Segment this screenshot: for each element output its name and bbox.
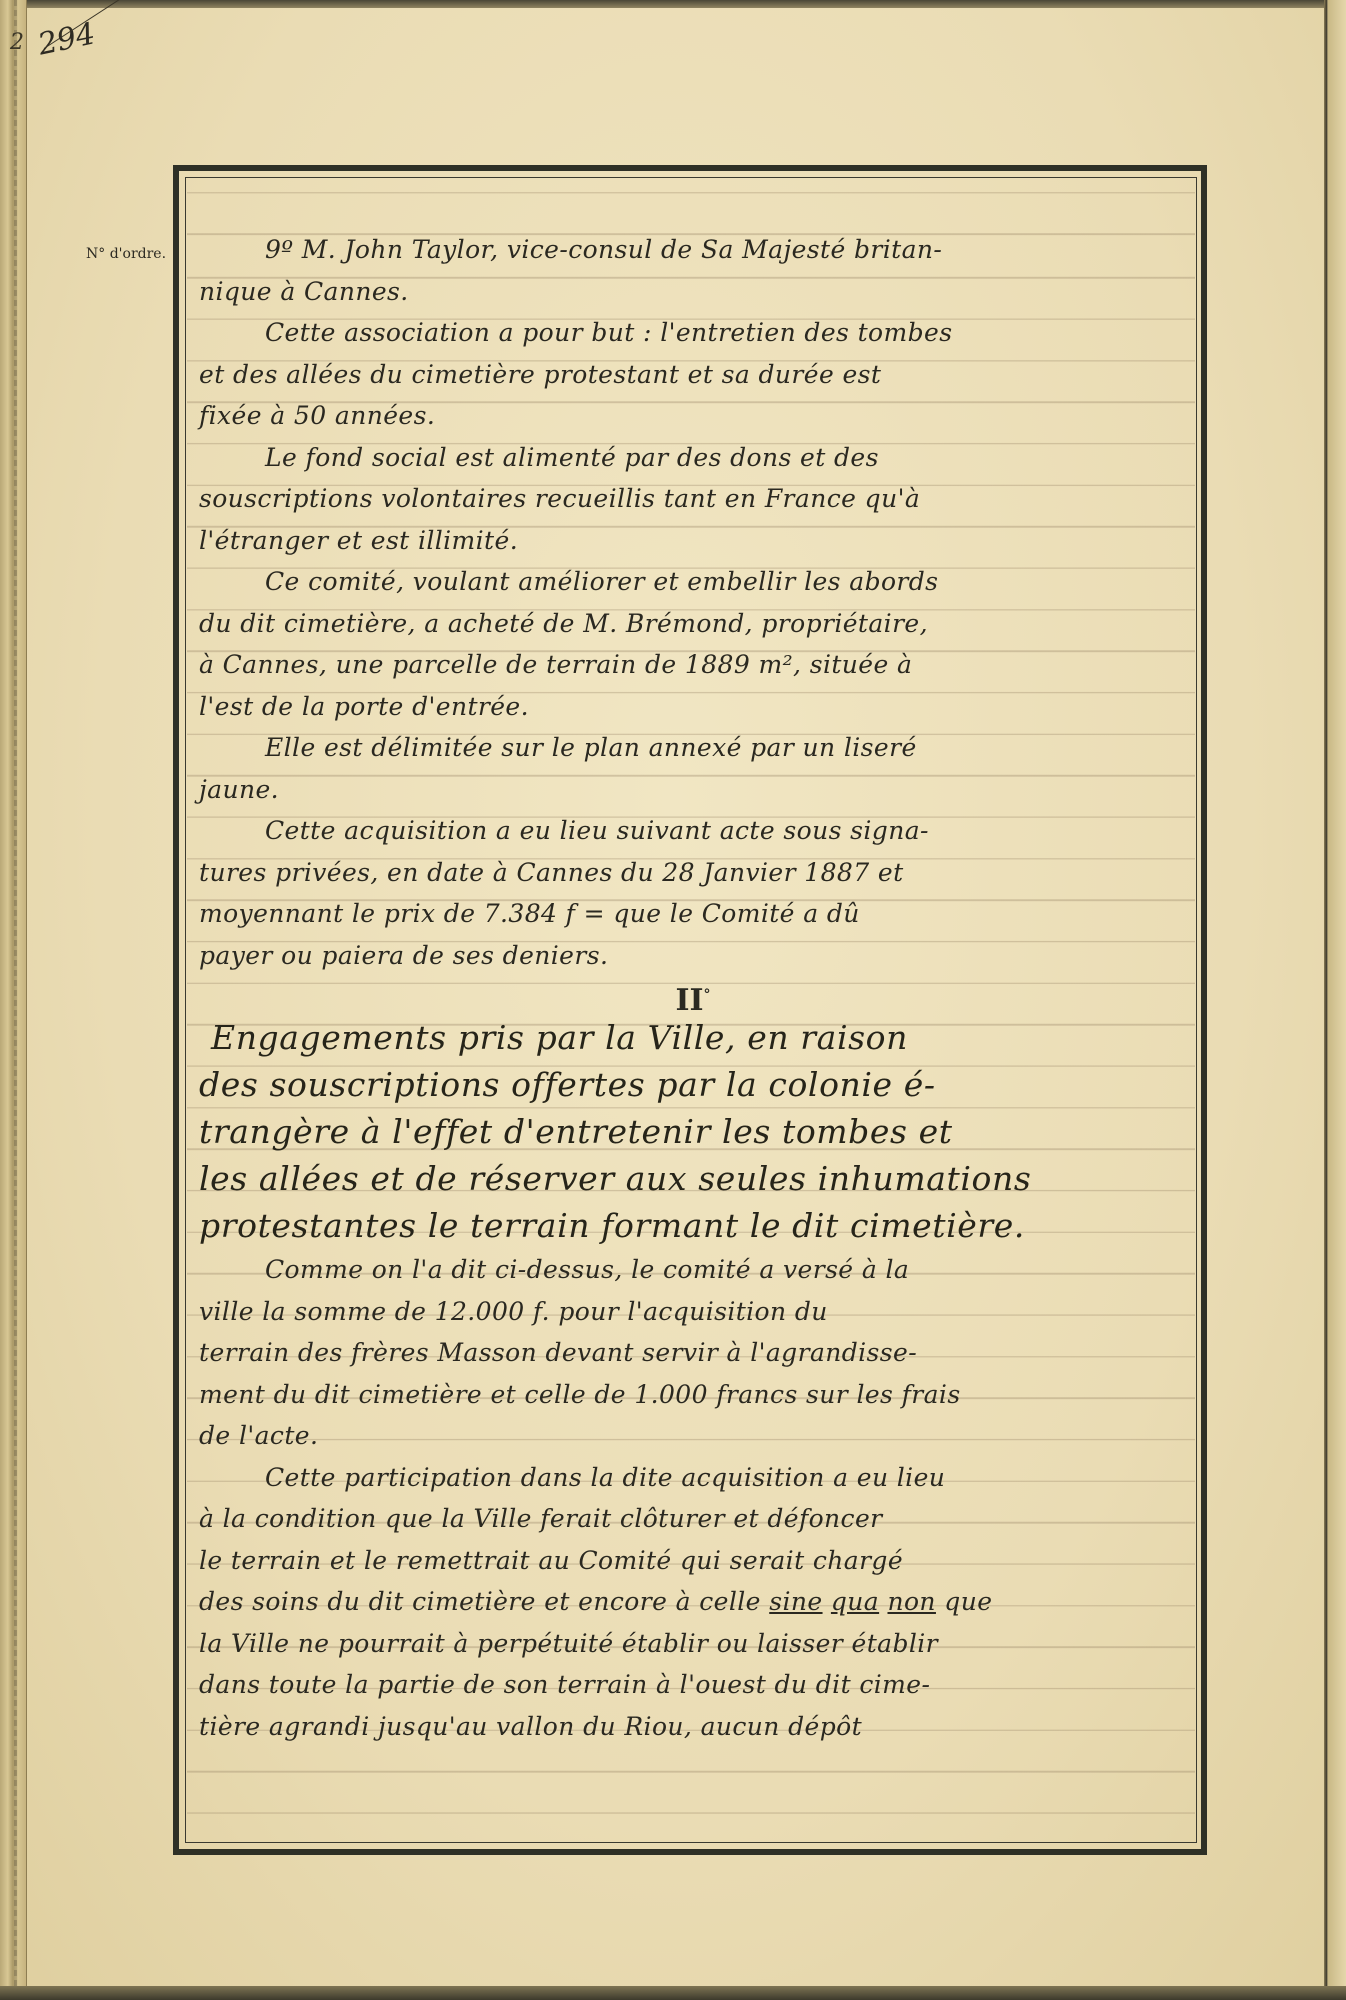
text-line: la Ville ne pourrait à perpétuité établi… xyxy=(199,1623,1187,1665)
text-line: dans toute la partie de son terrain à l'… xyxy=(199,1664,1187,1706)
text-line: moyennant le prix de 7.384 f = que le Co… xyxy=(199,893,1187,935)
section-heading-line: des souscriptions offertes par la coloni… xyxy=(199,1061,1187,1108)
text-line: tures privées, en date à Cannes du 28 Ja… xyxy=(199,852,1187,894)
section-number-text: II xyxy=(675,983,703,1018)
text-line: Comme on l'a dit ci-dessus, le comité a … xyxy=(199,1249,1187,1291)
section-heading-line: Engagements pris par la Ville, en raison xyxy=(199,1014,1187,1061)
text-line: 9º M. John Taylor, vice-consul de Sa Maj… xyxy=(199,229,1187,271)
text-line: le terrain et le remettrait au Comité qu… xyxy=(199,1540,1187,1582)
book-bottom-edge xyxy=(0,1986,1346,2000)
text-line: payer ou paiera de ses deniers. xyxy=(199,935,1187,977)
register-page: 2 294 N° d'ordre. 9º M. John Taylor, vic… xyxy=(0,0,1346,2000)
text-span: des soins du dit cimetière et encore à c… xyxy=(199,1587,769,1616)
text-line: Cette acquisition a eu lieu suivant acte… xyxy=(199,810,1187,852)
section-heading-line: les allées et de réserver aux seules inh… xyxy=(199,1155,1187,1202)
book-binding-spine xyxy=(0,0,27,2000)
text-line: à Cannes, une parcelle de terrain de 188… xyxy=(199,644,1187,686)
text-line: l'étranger et est illimité. xyxy=(199,520,1187,562)
text-line: à la condition que la Ville ferait clôtu… xyxy=(199,1498,1187,1540)
text-span: que xyxy=(936,1587,992,1616)
text-line: jaune. xyxy=(199,769,1187,811)
text-line: tière agrandi jusqu'au vallon du Riou, a… xyxy=(199,1706,1187,1748)
book-right-edge xyxy=(1324,0,1346,2000)
text-line: et des allées du cimetière protestant et… xyxy=(199,354,1187,396)
text-line: souscriptions volontaires recueillis tan… xyxy=(199,478,1187,520)
page-number: 294 xyxy=(35,16,98,62)
text-line: de l'acte. xyxy=(199,1415,1187,1457)
text-line: ville la somme de 12.000 f. pour l'acqui… xyxy=(199,1291,1187,1333)
margin-mark: 2 xyxy=(10,30,24,55)
text-line: terrain des frères Masson devant servir … xyxy=(199,1332,1187,1374)
handwritten-text: 9º M. John Taylor, vice-consul de Sa Maj… xyxy=(199,229,1187,1747)
section-number-suffix: ° xyxy=(704,987,711,1003)
text-line: ment du dit cimetière et celle de 1.000 … xyxy=(199,1374,1187,1416)
underlined-word: qua xyxy=(831,1587,879,1616)
text-line: l'est de la porte d'entrée. xyxy=(199,686,1187,728)
book-top-edge xyxy=(0,0,1346,8)
text-line: Cette association a pour but : l'entreti… xyxy=(199,312,1187,354)
text-line: nique à Cannes. xyxy=(199,271,1187,313)
text-line: des soins du dit cimetière et encore à c… xyxy=(199,1581,1187,1623)
text-line: Elle est délimitée sur le plan annexé pa… xyxy=(199,727,1187,769)
section-heading-line: protestantes le terrain formant le dit c… xyxy=(199,1202,1187,1249)
text-frame: 9º M. John Taylor, vice-consul de Sa Maj… xyxy=(173,165,1207,1855)
text-line: Cette participation dans la dite acquisi… xyxy=(199,1457,1187,1499)
underlined-word: sine xyxy=(769,1587,822,1616)
section-heading-line: trangère à l'effet d'entretenir les tomb… xyxy=(199,1108,1187,1155)
text-line: du dit cimetière, a acheté de M. Brémond… xyxy=(199,603,1187,645)
text-line: Le fond social est alimenté par des dons… xyxy=(199,437,1187,479)
text-line: fixée à 50 années. xyxy=(199,395,1187,437)
underlined-word: non xyxy=(887,1587,935,1616)
section-number: II° xyxy=(199,976,1187,1014)
text-line: Ce comité, voulant améliorer et embellir… xyxy=(199,561,1187,603)
order-number-label: N° d'ordre. xyxy=(86,246,166,262)
